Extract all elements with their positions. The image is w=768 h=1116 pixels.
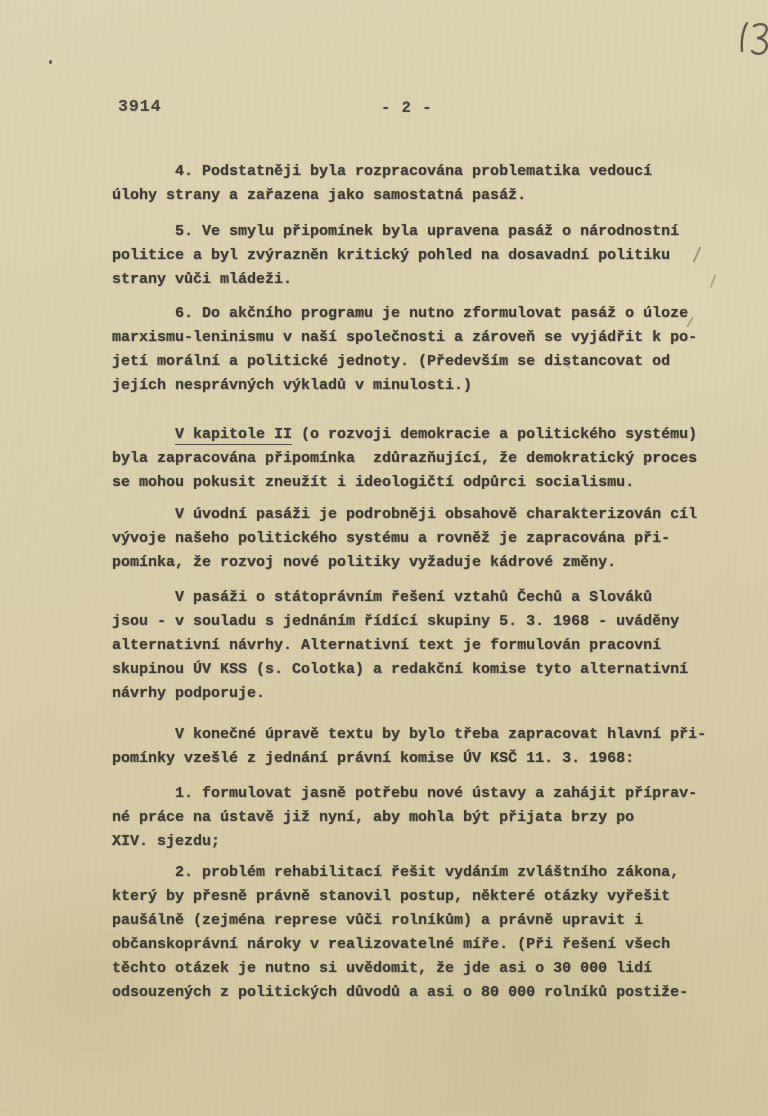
text-line: marxismu-leninismu v naší společnosti a …	[112, 326, 732, 350]
text-line: úlohy strany a zařazena jako samostatná …	[112, 184, 732, 208]
text-line: občanskoprávní nároky v realizovatelné m…	[112, 933, 732, 957]
text-line: paušálně (zejména represe vůči rolníkům)…	[112, 909, 732, 933]
text-line: skupinou ÚV KSS (s. Colotka) a redakční …	[112, 658, 732, 682]
text-line: těchto otázek je nutno si uvědomit, že j…	[112, 957, 732, 981]
text-line: alternativní návrhy. Alternativní text j…	[112, 634, 732, 658]
ink-speck	[600, 479, 602, 482]
text-line: né práce na ústavě již nyní, aby mohla b…	[112, 806, 732, 830]
indent	[112, 426, 175, 443]
ink-speck	[49, 60, 52, 64]
text-line: jetí morální a politické jednoty. (Přede…	[112, 350, 732, 374]
text-line: V konečné úpravě textu by bylo třeba zap…	[112, 723, 732, 747]
paragraph-bod-2: 2. problém rehabilitací řešit vydáním zv…	[112, 861, 732, 1005]
handwritten-13-icon	[732, 18, 768, 64]
text-line: V kapitole II (o rozvoji demokracie a po…	[112, 423, 732, 447]
paragraph-bod-1: 1. formulovat jasně potřebu nové ústavy …	[112, 782, 732, 854]
paragraph-konecna-uprava: V konečné úpravě textu by bylo třeba zap…	[112, 723, 732, 771]
document-body: 4. Podstatněji byla rozpracována problem…	[112, 160, 732, 1005]
text-line: 6. Do akčního programu je nutno zformulo…	[112, 302, 732, 326]
text-line: 4. Podstatněji byla rozpracována problem…	[112, 160, 732, 184]
text-line: byla zapracována připomínka zdůrazňující…	[112, 447, 732, 471]
text-line: návrhy podporuje.	[112, 682, 732, 706]
text-line: který by přesně právně stanovil postup, …	[112, 885, 732, 909]
text-line: se mohou pokusit zneužít i ideologičtí o…	[112, 471, 732, 495]
paragraph-item-6: 6. Do akčního programu je nutno zformulo…	[112, 302, 732, 398]
underlined-chapter-heading: V kapitole II	[175, 426, 292, 445]
line-text: (o rozvoji demokracie a politického syst…	[292, 426, 697, 443]
text-line: 2. problém rehabilitací řešit vydáním zv…	[112, 861, 732, 885]
document-number: 3914	[118, 97, 162, 116]
scanned-page: 3914 - 2 - 4. Podstatněji byla rozpracov…	[0, 0, 768, 1116]
text-line: politice a byl zvýrazněn kritický pohled…	[112, 244, 732, 268]
text-line: jejích nesprávných výkladů v minulosti.)	[112, 374, 732, 398]
text-line: 5. Ve smylu připomínek byla upravena pas…	[112, 220, 732, 244]
text-line: odsouzených z politických důvodů a asi o…	[112, 981, 732, 1005]
text-line: V pasáži o státoprávním řešení vztahů Če…	[112, 586, 732, 610]
paragraph-chapter-2: V kapitole II (o rozvoji demokracie a po…	[112, 423, 732, 495]
paragraph-item-5: 5. Ve smylu připomínek byla upravena pas…	[112, 220, 732, 292]
handwritten-page-number	[732, 18, 768, 64]
page-number: - 2 -	[381, 99, 433, 117]
text-line: XIV. sjezdu;	[112, 830, 732, 854]
text-line: strany vůči mládeži.	[112, 268, 732, 292]
text-line: 1. formulovat jasně potřebu nové ústavy …	[112, 782, 732, 806]
text-line: jsou - v souladu s jednáním řídící skupi…	[112, 610, 732, 634]
text-line: pomínky vzešlé z jednání právní komise Ú…	[112, 747, 732, 771]
text-line: V úvodní pasáži je podrobněji obsahově c…	[112, 503, 732, 527]
text-line: vývoje našeho politického systému a rovn…	[112, 527, 732, 551]
paragraph-statopravni-pasaz: V pasáži o státoprávním řešení vztahů Če…	[112, 586, 732, 706]
paragraph-uvodni-pasaz: V úvodní pasáži je podrobněji obsahově c…	[112, 503, 732, 575]
text-line: pomínka, že rozvoj nové politiky vyžaduj…	[112, 551, 732, 575]
paragraph-item-4: 4. Podstatněji byla rozpracována problem…	[112, 160, 732, 208]
